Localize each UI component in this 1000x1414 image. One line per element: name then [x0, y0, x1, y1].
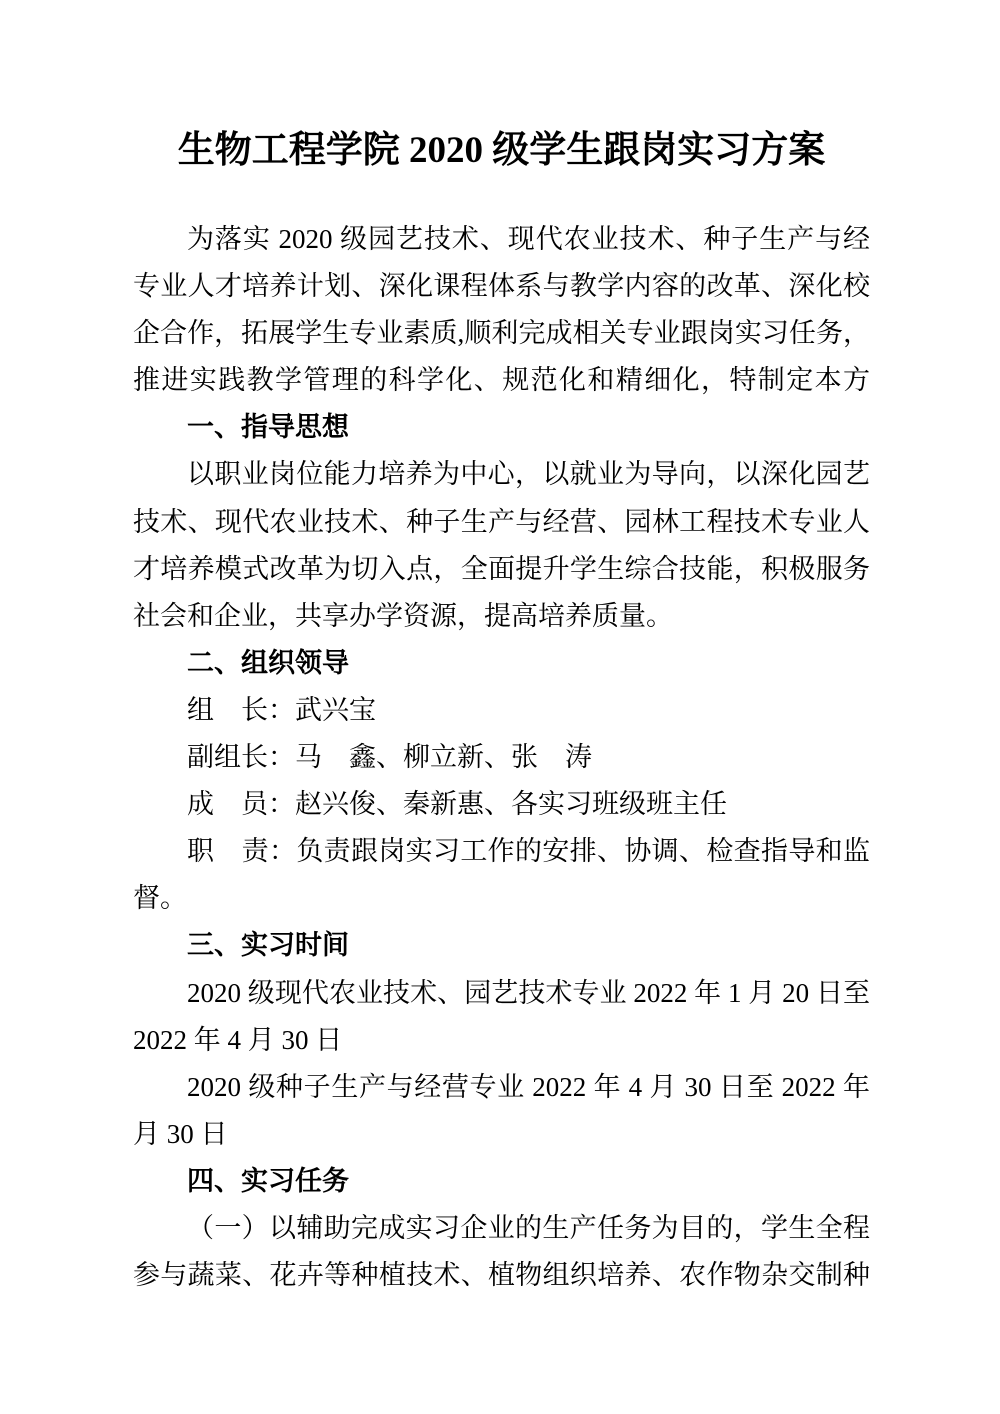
- schedule-line: 2020 级现代农业技术、园艺技术专业 2022 年 1 月 20 日至: [133, 970, 870, 1017]
- section-heading-4: 四、实习任务: [133, 1158, 870, 1205]
- paragraph-line: 参与蔬菜、花卉等种植技术、植物组织培养、农作物杂交制种: [133, 1252, 870, 1299]
- paragraph-line: （一）以辅助完成实习企业的生产任务为目的，学生全程: [133, 1205, 870, 1252]
- duties-line: 职 责：负责跟岗实习工作的安排、协调、检查指导和监: [133, 828, 870, 875]
- paragraph-line: 专业人才培养计划、深化课程体系与教学内容的改革、深化校: [133, 263, 870, 310]
- schedule-line: 2020 级种子生产与经营专业 2022 年 4 月 30 日至 2022 年 …: [133, 1064, 870, 1111]
- section-heading-3: 三、实习时间: [133, 922, 870, 969]
- paragraph-line: 推进实践教学管理的科学化、规范化和精细化，特制定本方案。: [133, 357, 870, 404]
- document-page: 生物工程学院 2020 级学生跟岗实习方案 为落实 2020 级园艺技术、现代农…: [0, 0, 1000, 1414]
- paragraph-line: 为落实 2020 级园艺技术、现代农业技术、种子生产与经营: [133, 216, 870, 263]
- document-title: 生物工程学院 2020 级学生跟岗实习方案: [133, 124, 870, 178]
- leader-line: 组 长：武兴宝: [133, 687, 870, 734]
- section-heading-2: 二、组织领导: [133, 640, 870, 687]
- schedule-line-continued: 月 30 日: [133, 1111, 870, 1158]
- paragraph-line: 才培养模式改革为切入点，全面提升学生综合技能，积极服务: [133, 546, 870, 593]
- document-body: 为落实 2020 级园艺技术、现代农业技术、种子生产与经营 专业人才培养计划、深…: [133, 216, 870, 1299]
- members-line: 成 员：赵兴俊、秦新惠、各实习班级班主任: [133, 781, 870, 828]
- deputy-leaders-line: 副组长：马 鑫、柳立新、张 涛: [133, 734, 870, 781]
- duties-line-continued: 督。: [133, 875, 870, 922]
- paragraph-line: 企合作，拓展学生专业素质,顺利完成相关专业跟岗实习任务，: [133, 310, 870, 357]
- paragraph-line: 技术、现代农业技术、种子生产与经营、园林工程技术专业人: [133, 499, 870, 546]
- paragraph-line: 社会和企业，共享办学资源，提高培养质量。: [133, 593, 870, 640]
- section-heading-1: 一、指导思想: [133, 404, 870, 451]
- schedule-line-continued: 2022 年 4 月 30 日: [133, 1017, 870, 1064]
- paragraph-line: 以职业岗位能力培养为中心，以就业为导向，以深化园艺: [133, 451, 870, 498]
- document-content: 生物工程学院 2020 级学生跟岗实习方案 为落实 2020 级园艺技术、现代农…: [133, 0, 870, 1299]
